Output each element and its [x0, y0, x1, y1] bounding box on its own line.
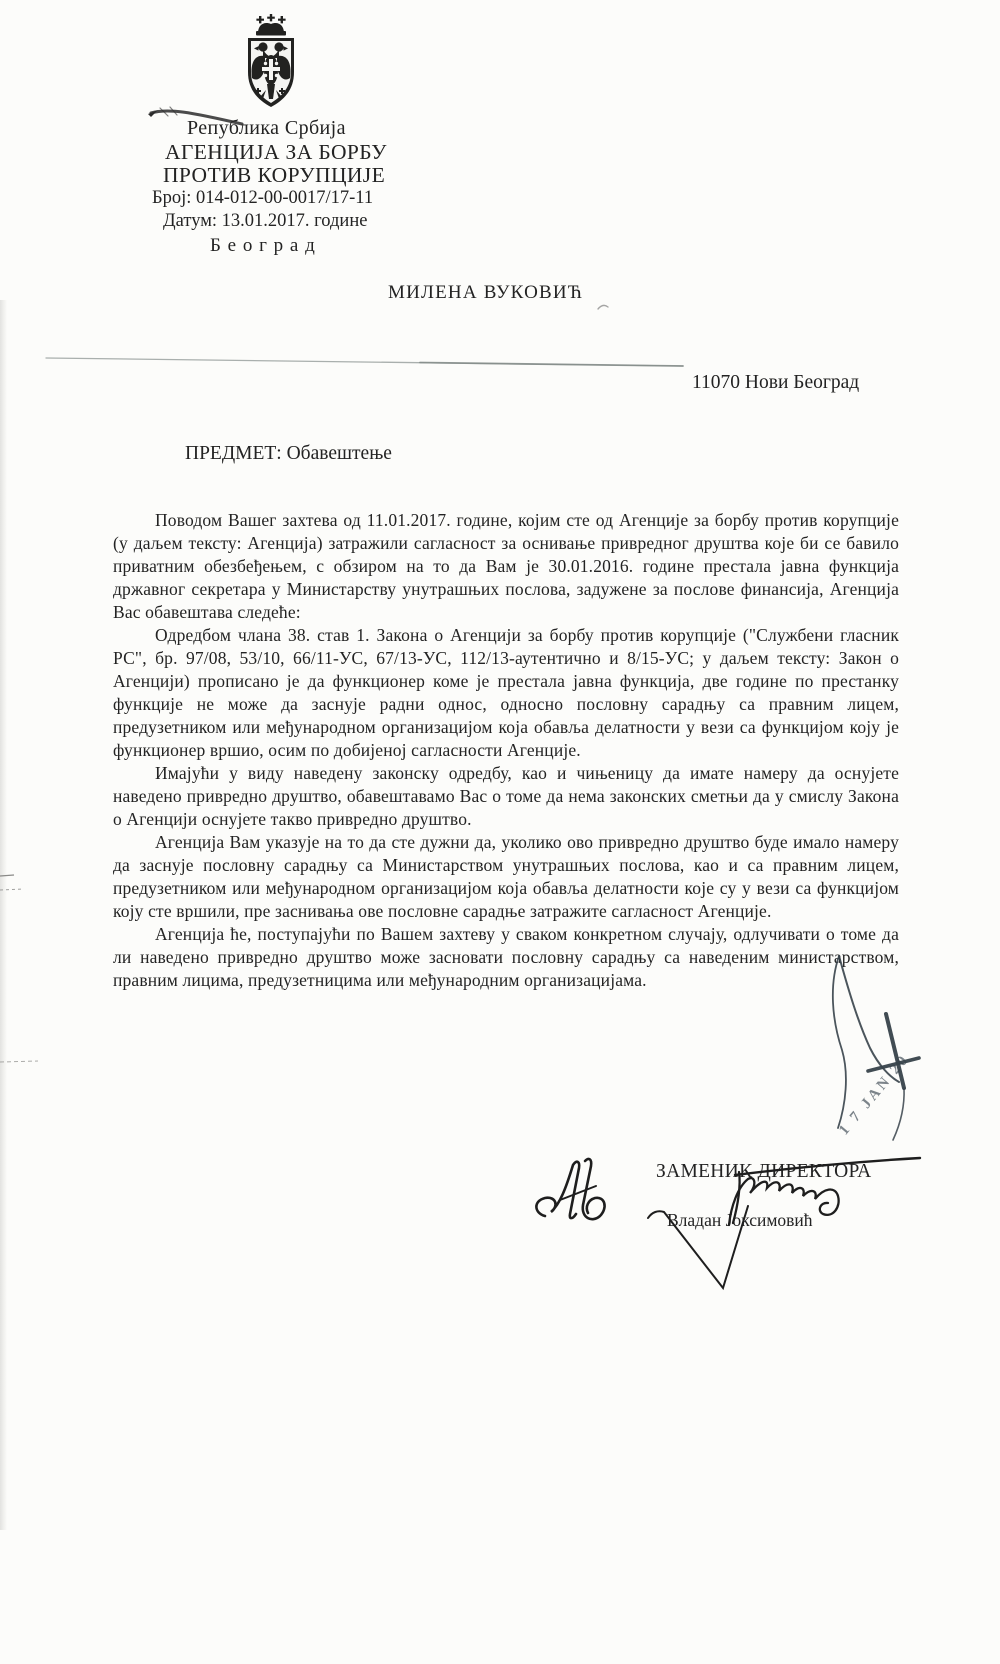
body-paragraph: Агенција ће, поступајући по Вашем захтев… [113, 923, 899, 992]
agency-name-line1: АГЕНЦИЈА ЗА БОРБУ [165, 140, 387, 165]
recipient-postal-city: 11070 Нови Београд [692, 372, 859, 394]
recipient-name: МИЛЕНА ВУКОВИЋ [388, 282, 583, 304]
body-paragraph: Поводом Вашег захтева од 11.01.2017. год… [113, 509, 899, 624]
agency-name-line2: ПРОТИВ КОРУПЦИЈЕ [163, 163, 385, 188]
redaction-scan-line [46, 305, 683, 366]
coat-of-arms-icon [238, 14, 304, 112]
paraph-initials-signature [536, 1159, 604, 1219]
republic-name: Република Србија [187, 117, 346, 140]
document-number: Број: 014-012-00-0017/17-11 [152, 188, 373, 209]
body-paragraph: Агенција Вам указује на то да сте дужни … [113, 831, 899, 923]
body-paragraph: Имајући у виду наведену законску одредбу… [113, 762, 899, 831]
document-city: Б е о г р а д [210, 235, 316, 257]
handwritten-date-annotation: 1 7 JAN 20 [836, 1051, 914, 1139]
scan-edge-shadow [0, 300, 7, 1530]
signer-title: ЗАМЕНИК ДИРЕКТОРА [656, 1161, 872, 1183]
letter-body: Поводом Вашег захтева од 11.01.2017. год… [113, 509, 899, 992]
document-date: Датум: 13.01.2017. године [163, 211, 367, 232]
scanned-letter-page: Република Србија АГЕНЦИЈА ЗА БОРБУ ПРОТИ… [0, 0, 1000, 1664]
subject-line: ПРЕДМЕТ: Обавештење [185, 443, 392, 465]
body-paragraph: Одредбом члана 38. став 1. Закона о Аген… [113, 624, 899, 762]
signer-name: Владан Јоксимовић [667, 1210, 813, 1231]
